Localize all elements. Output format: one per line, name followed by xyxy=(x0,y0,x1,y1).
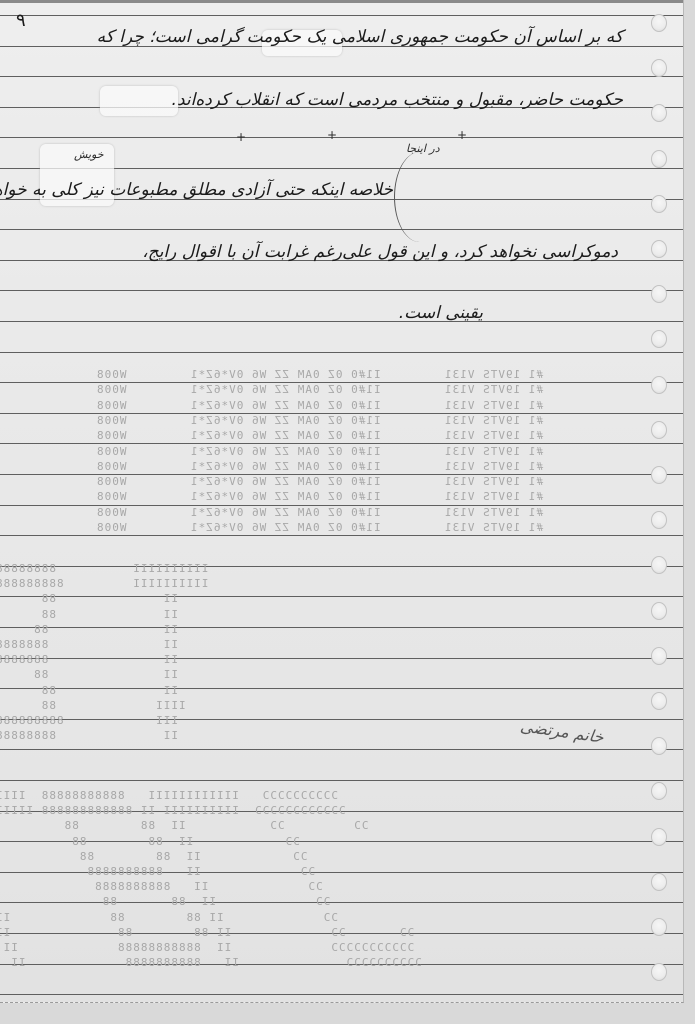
handwritten-line-4: دموکراسی نخواهد کرد، و این قول علی‌رغم غ… xyxy=(142,242,618,262)
bleed-text: W008 xyxy=(96,368,127,381)
bleed-text: II 88 88 II CC xyxy=(0,911,339,924)
plus-mark: + xyxy=(236,130,246,144)
bleed-text: #1 19VTS V131 xyxy=(444,383,543,396)
ruled-line xyxy=(0,76,683,77)
binder-hole xyxy=(651,647,667,665)
binder-hole xyxy=(651,104,667,122)
bleed-text: W008 xyxy=(96,445,127,458)
bleed-text: #1 19VTS V131 xyxy=(444,490,543,503)
bleed-text: W008 xyxy=(96,460,127,473)
binder-hole xyxy=(651,59,667,77)
handwritten-line-1: که بر اساس آن حکومت جمهوری اسلامی یک حکو… xyxy=(97,27,623,47)
notebook-page: ۹ که بر اساس آن حکومت جمهوری اسلامی یک ح… xyxy=(0,0,684,1003)
binder-hole xyxy=(651,873,667,891)
binder-hole xyxy=(651,782,667,800)
bleed-text: IIIII 888888888888 II IIIIIIIIII CCCCCCC… xyxy=(0,804,347,817)
bleed-text: #1 19VTS V131 xyxy=(444,506,543,519)
bleed-text: 8888888 II xyxy=(0,653,179,666)
binder-hole xyxy=(651,692,667,710)
plus-mark: + xyxy=(327,128,337,142)
binder-hole xyxy=(651,828,667,846)
bleed-text: 88 88 II CC xyxy=(0,850,309,863)
signature-note: خانم مرتضی xyxy=(519,716,605,747)
bleed-text: I1#0 0Z 0AM ZZ W6 0V*6Z*1 xyxy=(190,490,381,503)
handwritten-line-3: خلاصه اینکه حتی آزادی مطلق مطبوعات نیز ک… xyxy=(0,180,393,200)
bleed-text: I1#0 0Z 0AM ZZ W6 0V*6Z*1 xyxy=(190,460,381,473)
bleed-text: 88 II xyxy=(0,623,179,636)
bleed-text: #1 19VTS V131 xyxy=(444,460,543,473)
bleed-text: I1#0 0Z 0AM ZZ W6 0V*6Z*1 xyxy=(190,414,381,427)
handwritten-line-2: حکومت حاضر، مقبول و منتخب مردمی است که ا… xyxy=(172,90,623,110)
bleed-text: I1#0 0Z 0AM ZZ W6 0V*6Z*1 xyxy=(190,368,381,381)
bleed-text: W008 xyxy=(96,521,127,534)
bleed-text: 88 II xyxy=(0,668,179,681)
interlinear-correction: خویش xyxy=(74,148,104,161)
bleed-text: #1 19VTS V131 xyxy=(444,475,543,488)
bleed-text: 8888888 II xyxy=(0,638,179,651)
insertion-caret-mark xyxy=(394,152,445,242)
bleed-text: II 88888888888 II CCCCCCCCCCC xyxy=(0,941,415,954)
binder-hole xyxy=(651,918,667,936)
bleed-text: 88 II xyxy=(0,592,179,605)
bleed-text: I1#0 0Z 0AM ZZ W6 0V*6Z*1 xyxy=(190,399,381,412)
bleed-text: 888888888 III xyxy=(0,714,179,727)
ruled-line xyxy=(0,535,683,536)
binder-hole xyxy=(651,330,667,348)
bleed-text: II 88 88 II CC CC xyxy=(0,926,415,939)
ruled-line xyxy=(0,321,683,322)
ruled-line xyxy=(0,749,683,750)
bleed-text: W008 xyxy=(96,414,127,427)
bleed-text: I1#0 0Z 0AM ZZ W6 0V*6Z*1 xyxy=(190,506,381,519)
binder-hole xyxy=(651,602,667,620)
bleed-text: #1 19VTS V131 xyxy=(444,399,543,412)
page-top-edge xyxy=(0,0,683,3)
bleed-text: I1#0 0Z 0AM ZZ W6 0V*6Z*1 xyxy=(190,445,381,458)
bleed-text: 88 II xyxy=(0,684,179,697)
bleed-text: 88888888 IIIIIIIIII xyxy=(0,562,209,575)
bleed-text: W008 xyxy=(96,429,127,442)
binder-hole xyxy=(651,376,667,394)
ruled-line xyxy=(0,137,683,138)
binder-hole xyxy=(651,466,667,484)
ruled-line xyxy=(0,229,683,230)
bleed-text: 8888888888 II CC xyxy=(0,865,316,878)
bleed-text: W008 xyxy=(96,383,127,396)
bleed-text: 88 88 II CC xyxy=(0,895,331,908)
handwritten-line-5: یقینی است. xyxy=(399,303,483,323)
binder-hole xyxy=(651,556,667,574)
bleed-text: W008 xyxy=(96,506,127,519)
bleed-text: I1#0 0Z 0AM ZZ W6 0V*6Z*1 xyxy=(190,429,381,442)
bleed-text: 88 88 II CC xyxy=(0,835,301,848)
ruled-line xyxy=(0,780,683,781)
binder-hole xyxy=(651,737,667,755)
bleed-text: #1 19VTS V131 xyxy=(444,445,543,458)
binder-hole xyxy=(651,150,667,168)
bleed-text: #1 19VTS V131 xyxy=(444,414,543,427)
bleed-text: W008 xyxy=(96,399,127,412)
page-number: ۹ xyxy=(16,10,26,31)
bleed-text: 8888888888 II CC xyxy=(0,880,324,893)
bleed-text: I1#0 0Z 0AM ZZ W6 0V*6Z*1 xyxy=(190,521,381,534)
bleed-text: 88 IIII xyxy=(0,699,187,712)
ruled-line xyxy=(0,352,683,353)
binder-hole xyxy=(651,195,667,213)
ruled-line xyxy=(0,290,683,291)
binder-hole xyxy=(651,963,667,981)
bleed-text: #1 19VTS V131 xyxy=(444,429,543,442)
bleed-text: I1#0 0Z 0AM ZZ W6 0V*6Z*1 xyxy=(190,383,381,396)
binder-hole xyxy=(651,240,667,258)
bleed-text: 88888888 II xyxy=(0,729,179,742)
bleed-text: 888888888 IIIIIIIIII xyxy=(0,577,209,590)
binder-hole xyxy=(651,14,667,32)
bleed-text: IIII 88888888888 IIIIIIIIIIII CCCCCCCCCC xyxy=(0,789,339,802)
binder-hole xyxy=(651,511,667,529)
bleed-text: 88 88 II CC CC xyxy=(0,819,370,832)
bleed-text: II 8888888888 II CCCCCCCCCC xyxy=(0,956,423,969)
bleed-text: #1 19VTS V131 xyxy=(444,521,543,534)
binder-hole xyxy=(651,421,667,439)
correction-patch xyxy=(100,86,178,116)
binder-hole xyxy=(651,285,667,303)
bleed-text: I1#0 0Z 0AM ZZ W6 0V*6Z*1 xyxy=(190,475,381,488)
bleed-text: 88 II xyxy=(0,608,179,621)
bleed-text: W008 xyxy=(96,490,127,503)
bleed-text: #1 19VTS V131 xyxy=(444,368,543,381)
ruled-line xyxy=(0,994,683,995)
ruled-line xyxy=(0,15,683,16)
plus-mark: + xyxy=(457,128,467,142)
bleed-text: W008 xyxy=(96,475,127,488)
